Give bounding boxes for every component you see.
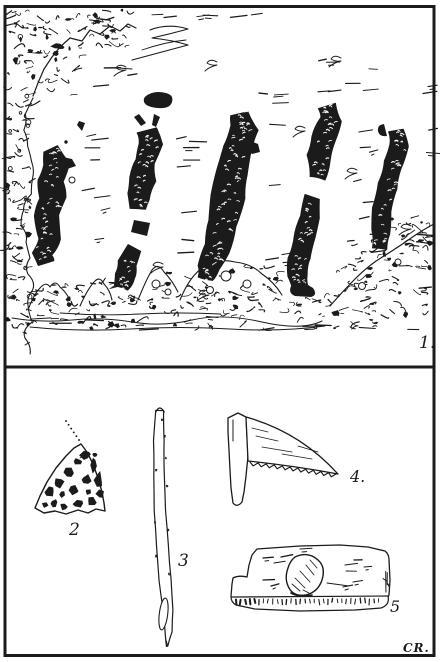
wood-grain-speckle: [297, 280, 299, 281]
rock-hole: [152, 280, 160, 288]
rock-hole: [359, 283, 366, 290]
wood-grain-speckle: [151, 156, 153, 157]
wood-grain-speckle: [379, 215, 382, 216]
front-hatch: [360, 598, 361, 603]
reconstruction-dot: [73, 431, 75, 433]
ink-fleck: [38, 27, 43, 28]
wood-grain-speckle: [388, 190, 391, 191]
dash-mark: [360, 147, 370, 148]
dash-mark: [190, 141, 207, 142]
rock-hole: [207, 287, 214, 294]
reconstruction-dot: [70, 428, 72, 430]
dash-mark: [315, 325, 331, 326]
dash-mark: [263, 557, 273, 558]
figure-label-2: 2: [68, 520, 80, 540]
wood-grain-speckle: [401, 141, 403, 142]
front-hatch: [337, 599, 338, 603]
rock-scribble: [250, 300, 258, 301]
wood-grain-speckle: [320, 170, 322, 171]
reconstruction-dot: [68, 424, 70, 426]
artifact-quern: [231, 545, 390, 611]
dash-mark: [208, 319, 212, 320]
dash-mark: [363, 202, 373, 203]
figure-label-3: 3: [178, 551, 189, 571]
wood-grain-speckle: [44, 232, 47, 233]
rock-hole: [165, 289, 171, 295]
wood-grain-speckle: [142, 150, 144, 151]
dash-mark: [417, 234, 432, 235]
plate-page: 1. 2 3 4. 5 CR.: [0, 0, 440, 662]
dash-mark: [259, 93, 267, 94]
dash-mark: [85, 320, 103, 321]
reconstruction-dot: [78, 439, 80, 441]
rock-scribble: [91, 283, 96, 284]
rock-hole: [395, 259, 401, 265]
rock-scribble: [7, 134, 12, 135]
wood-grain-speckle: [395, 140, 398, 141]
dash-mark: [303, 326, 324, 327]
reconstruction-dot: [65, 420, 67, 422]
front-hatch: [254, 599, 255, 603]
artist-signature: CR.: [403, 641, 430, 655]
front-hatch: [323, 599, 324, 603]
wood-grain-speckle: [140, 154, 142, 155]
wood-grain-speckle: [326, 158, 329, 159]
figure-label-5: 5: [390, 597, 400, 616]
wood-grain-speckle: [156, 147, 158, 148]
wood-grain-speckle: [44, 257, 46, 258]
wood-grain-speckle: [144, 175, 146, 176]
wood-grain-speckle: [324, 107, 326, 108]
front-hatch: [332, 598, 333, 602]
figure-label-4: 4.: [349, 467, 365, 486]
wood-grain-speckle: [122, 288, 124, 289]
wood-grain-speckle: [222, 191, 225, 192]
wood-fragment: [64, 140, 67, 143]
reconstruction-dot: [75, 435, 77, 437]
wood-grain-speckle: [395, 182, 398, 183]
wood-grain-speckle: [217, 209, 219, 210]
front-hatch: [245, 600, 246, 604]
dash-mark: [364, 566, 372, 567]
rock-hole: [243, 280, 251, 288]
wood-grain-speckle: [293, 277, 296, 278]
rock-scribble: [348, 241, 355, 242]
dash-mark: [178, 252, 194, 253]
wood-grain-speckle: [222, 204, 225, 205]
front-hatch: [346, 599, 347, 604]
rock-scribble: [206, 303, 210, 304]
dash-mark: [421, 291, 426, 292]
dash-mark: [97, 242, 100, 243]
dash-mark: [273, 103, 289, 104]
dash-mark: [92, 23, 96, 24]
front-hatch: [310, 599, 311, 603]
rock-scribble: [79, 48, 82, 49]
rock-hole: [221, 271, 231, 281]
wood-grain-speckle: [227, 184, 230, 185]
wood-grain-speckle: [318, 141, 320, 142]
front-hatch: [240, 600, 241, 605]
front-hatch: [365, 598, 366, 603]
plate-drawing: 1. 2 3 4. 5 CR.: [0, 0, 440, 662]
wood-grain-speckle: [243, 137, 245, 138]
wood-grain-speckle: [239, 168, 242, 169]
front-hatch: [286, 600, 287, 605]
wood-grain-speckle: [229, 148, 231, 149]
wood-grain-speckle: [218, 253, 220, 254]
wood-grain-speckle: [205, 279, 207, 280]
front-hatch: [250, 599, 251, 604]
